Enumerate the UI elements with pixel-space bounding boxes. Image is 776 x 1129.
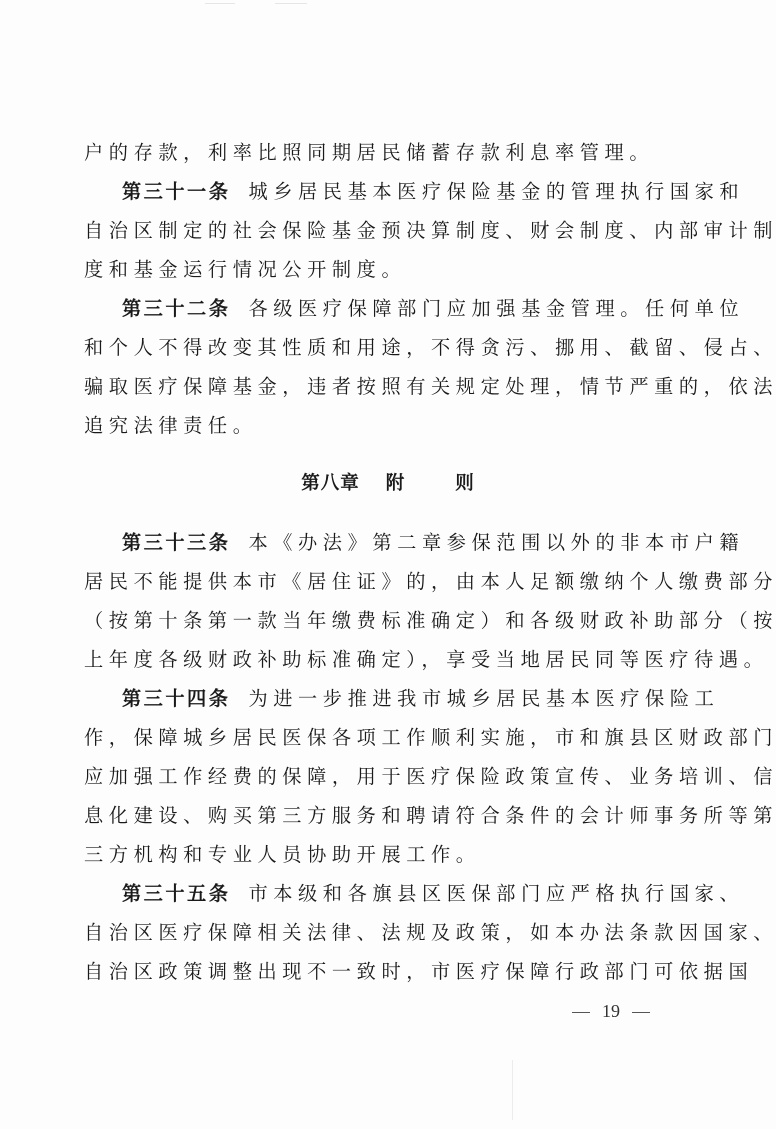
- continued-paragraph: 户的存款，利率比照同期居民储蓄存款利息率管理。: [84, 133, 666, 172]
- article-text: 度和基金运行情况公开制度。: [84, 250, 666, 289]
- scan-artifact: [205, 3, 235, 4]
- chapter-heading: 第八章附则: [0, 469, 776, 499]
- article-text: 作，保障城乡居民医保各项工作顺利实施，市和旗县区财政部门: [84, 718, 666, 757]
- dash-decoration: [572, 1012, 590, 1013]
- article-text: 为进一步推进我市城乡居民基本医疗保险工: [248, 687, 719, 710]
- article-34: 第三十四条为进一步推进我市城乡居民基本医疗保险工 作，保障城乡居民医保各项工作顺…: [84, 679, 666, 874]
- article-33: 第三十三条本《办法》第二章参保范围以外的非本市户籍 居民不能提供本市《居住证》的…: [84, 523, 666, 679]
- document-page: 户的存款，利率比照同期居民储蓄存款利息率管理。 第三十一条城乡居民基本医疗保险基…: [0, 0, 776, 1129]
- chapter-title-part: 则: [455, 473, 475, 494]
- article-text: 应加强工作经费的保障，用于医疗保险政策宣传、业务培训、信: [84, 757, 666, 796]
- article-label: 第三十四条: [122, 687, 230, 710]
- chapter-title-part: 附: [386, 473, 406, 494]
- article-text: 自治区政策调整出现不一致时，市医疗保障行政部门可依据国: [84, 952, 666, 991]
- scan-artifact: [512, 1060, 513, 1120]
- article-text: 骗取医疗保障基金，违者按照有关规定处理，情节严重的，依法: [84, 367, 666, 406]
- article-label: 第三十五条: [122, 882, 230, 905]
- article-32: 第三十二条各级医疗保障部门应加强基金管理。任何单位 和个人不得改变其性质和用途，…: [84, 289, 666, 445]
- article-text: 自治区医疗保障相关法律、法规及政策，如本办法条款因国家、: [84, 913, 666, 952]
- chapter-number: 第八章: [301, 473, 360, 494]
- article-text: 市本级和各旗县区医保部门应严格执行国家、: [248, 882, 744, 905]
- article-text: 自治区制定的社会保险基金预决算制度、财会制度、内部审计制: [84, 211, 666, 250]
- article-text: 息化建设、购买第三方服务和聘请符合条件的会计师事务所等第: [84, 796, 666, 835]
- article-label: 第三十二条: [122, 297, 230, 320]
- article-label: 第三十一条: [122, 180, 230, 203]
- page-number-value: 19: [602, 1001, 620, 1021]
- dash-decoration: [632, 1012, 650, 1013]
- article-text: 和个人不得改变其性质和用途，不得贪污、挪用、截留、侵占、: [84, 328, 666, 367]
- article-text: 上年度各级财政补助标准确定），享受当地居民同等医疗待遇。: [84, 640, 666, 679]
- article-text: 各级医疗保障部门应加强基金管理。任何单位: [248, 297, 744, 320]
- article-text: 居民不能提供本市《居住证》的，由本人足额缴纳个人缴费部分: [84, 562, 666, 601]
- page-number: 19: [560, 1001, 662, 1022]
- text-section-lower: 第三十三条本《办法》第二章参保范围以外的非本市户籍 居民不能提供本市《居住证》的…: [84, 523, 666, 991]
- scan-artifact: [275, 3, 307, 4]
- text-section-upper: 户的存款，利率比照同期居民储蓄存款利息率管理。 第三十一条城乡居民基本医疗保险基…: [84, 133, 666, 445]
- article-text: （按第十条第一款当年缴费标准确定）和各级财政补助部分（按: [84, 601, 666, 640]
- article-text: 本《办法》第二章参保范围以外的非本市户籍: [248, 531, 744, 554]
- article-text: 追究法律责任。: [84, 406, 666, 445]
- article-35: 第三十五条市本级和各旗县区医保部门应严格执行国家、 自治区医疗保障相关法律、法规…: [84, 874, 666, 991]
- article-31: 第三十一条城乡居民基本医疗保险基金的管理执行国家和 自治区制定的社会保险基金预决…: [84, 172, 666, 289]
- article-label: 第三十三条: [122, 531, 230, 554]
- article-text: 城乡居民基本医疗保险基金的管理执行国家和: [248, 180, 744, 203]
- article-text: 三方机构和专业人员协助开展工作。: [84, 835, 666, 874]
